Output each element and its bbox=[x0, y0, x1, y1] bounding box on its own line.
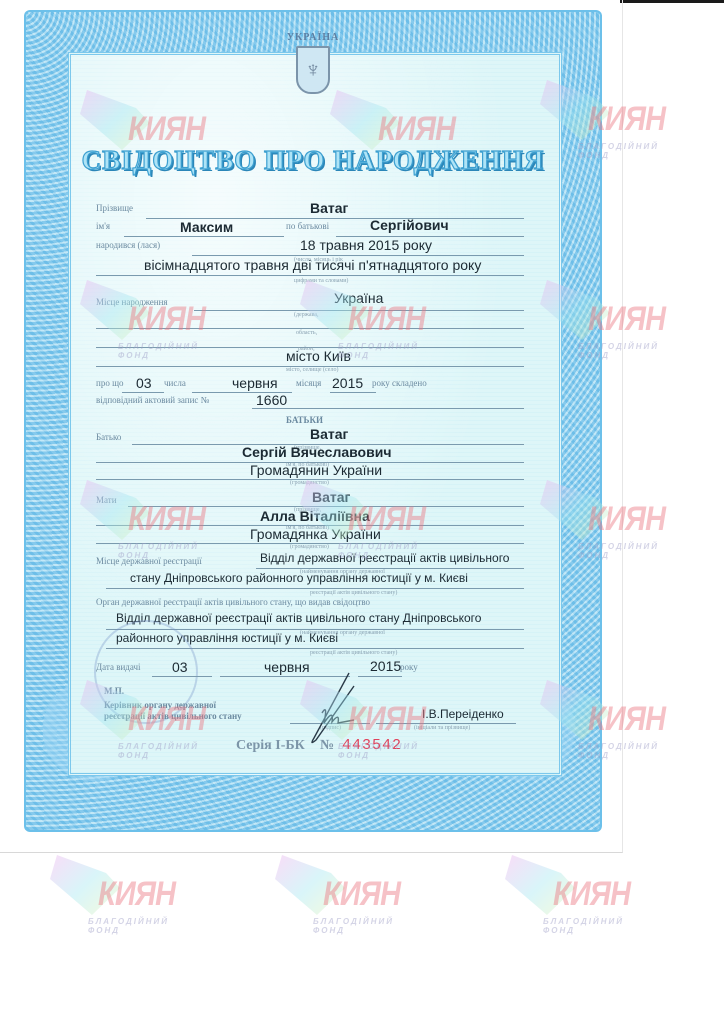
record-year: 2015 bbox=[332, 375, 363, 391]
issue-year-suffix: року bbox=[400, 662, 418, 672]
parents-heading: БАТЬКИ bbox=[286, 415, 323, 425]
birthplace-country: Україна bbox=[334, 290, 383, 306]
mother-names: Алла Віталіївна bbox=[260, 508, 370, 524]
act-label: відповідний актовий запис № bbox=[96, 395, 209, 405]
record-day-line bbox=[122, 392, 164, 393]
record-month: червня bbox=[232, 375, 278, 391]
country-label: УКРАЇНА bbox=[24, 32, 602, 43]
record-prefix: про що bbox=[96, 378, 124, 388]
registration-place-label: Місце державної реєстрації bbox=[96, 556, 202, 566]
father-surname: Ватаг bbox=[310, 426, 348, 442]
issue-date-label: Дата видачі bbox=[96, 662, 141, 672]
mother-surname-line bbox=[128, 506, 524, 507]
child-patronymic: Сергійович bbox=[370, 217, 449, 233]
father-names: Сергій Вячеславович bbox=[242, 444, 391, 460]
signer-name: І.В.Переіденко bbox=[422, 707, 504, 721]
scan-edge-bar bbox=[620, 0, 724, 3]
registration-place-line1-text: Відділ державної реєстрації актів цивіль… bbox=[260, 551, 509, 565]
child-surname: Ватаг bbox=[310, 200, 348, 216]
father-label: Батько bbox=[96, 432, 121, 442]
registration-place-line2 bbox=[106, 588, 524, 589]
name-line bbox=[124, 236, 284, 237]
watermark-logo: КИЯНБЛАГОДІЙНИЙ ФОНД bbox=[50, 855, 190, 935]
issue-day: 03 bbox=[172, 659, 188, 675]
birth-date-words-line bbox=[96, 275, 524, 276]
issuer-label: Орган державної реєстрації актів цивільн… bbox=[96, 597, 370, 607]
mother-surname: Ватаг bbox=[312, 489, 350, 505]
name-label: ім'я bbox=[96, 221, 110, 231]
registration-place-line2-text: стану Дніпровського районного управління… bbox=[130, 571, 468, 585]
birthplace-country-line bbox=[194, 310, 524, 311]
record-day-label: числа bbox=[164, 378, 186, 388]
record-year-line bbox=[330, 392, 376, 393]
signer-line bbox=[376, 723, 516, 724]
act-number: 1660 bbox=[256, 392, 287, 408]
patronymic-label: по батькові bbox=[286, 221, 329, 231]
born-label: народився (лася) bbox=[96, 240, 160, 250]
series-number: 443542 bbox=[342, 737, 402, 754]
watermark-logo: КИЯНБЛАГОДІЙНИЙ ФОНД bbox=[505, 855, 645, 935]
mother-citizenship: Громадянка України bbox=[250, 526, 381, 542]
trident-icon: ♆ bbox=[296, 46, 330, 94]
father-citizenship: Громадянин України bbox=[250, 462, 382, 478]
signature-scribble bbox=[294, 668, 374, 748]
surname-label: Прізвище bbox=[96, 203, 133, 213]
birth-date-words-caption: цифрами та словами) bbox=[294, 278, 348, 284]
issue-year: 2015 bbox=[370, 658, 401, 674]
birthplace-label: Місце народження bbox=[96, 297, 168, 307]
document-title: СВІДОЦТВО ПРО НАРОДЖЕННЯ bbox=[24, 145, 602, 176]
watermark-logo: КИЯНБЛАГОДІЙНИЙ ФОНД bbox=[275, 855, 415, 935]
birthplace-city: місто Київ bbox=[286, 348, 351, 364]
birth-date-words: вісімнадцятого травня дві тисячі п'ятнад… bbox=[144, 257, 481, 273]
father-citizenship-caption: (громадянство) bbox=[290, 480, 329, 486]
series-number-sign: № bbox=[320, 738, 334, 754]
record-month-label: місяця bbox=[296, 378, 321, 388]
registration-place-line1 bbox=[256, 568, 524, 569]
head-label-line1: Керівник органу державної bbox=[104, 700, 216, 710]
birth-date-line bbox=[192, 255, 524, 256]
record-year-label: року складено bbox=[372, 378, 427, 388]
mother-citizenship-caption: (громадянство) bbox=[290, 544, 329, 550]
region-caption: область, bbox=[296, 330, 317, 336]
birth-date: 18 травня 2015 року bbox=[300, 237, 432, 253]
series-label: Серія І-БК bbox=[236, 738, 305, 754]
birthplace-region-line bbox=[96, 328, 524, 329]
issue-day-line bbox=[152, 676, 212, 677]
city-caption: місто, селище (село) bbox=[286, 367, 338, 373]
issuer-line1-text: Відділ державної реєстрації актів цивіль… bbox=[116, 611, 481, 625]
child-name: Максим bbox=[180, 219, 233, 235]
country-caption: (держава, bbox=[294, 312, 318, 318]
signer-caption: (ініціали та прізвище) bbox=[414, 725, 470, 731]
mother-label: Мати bbox=[96, 495, 117, 505]
act-number-line bbox=[252, 408, 524, 409]
head-label-line2: реєстрації актів цивільного стану bbox=[104, 711, 242, 721]
seal-label: М.П. bbox=[104, 686, 124, 696]
issuer-caption2: реєстрації актів цивільного стану) bbox=[310, 650, 397, 656]
registration-place-caption2: реєстрації актів цивільного стану) bbox=[310, 590, 397, 596]
birth-certificate: УКРАЇНА ♆ СВІДОЦТВО ПРО НАРОДЖЕННЯ Прізв… bbox=[24, 10, 602, 832]
record-day: 03 bbox=[136, 375, 152, 391]
